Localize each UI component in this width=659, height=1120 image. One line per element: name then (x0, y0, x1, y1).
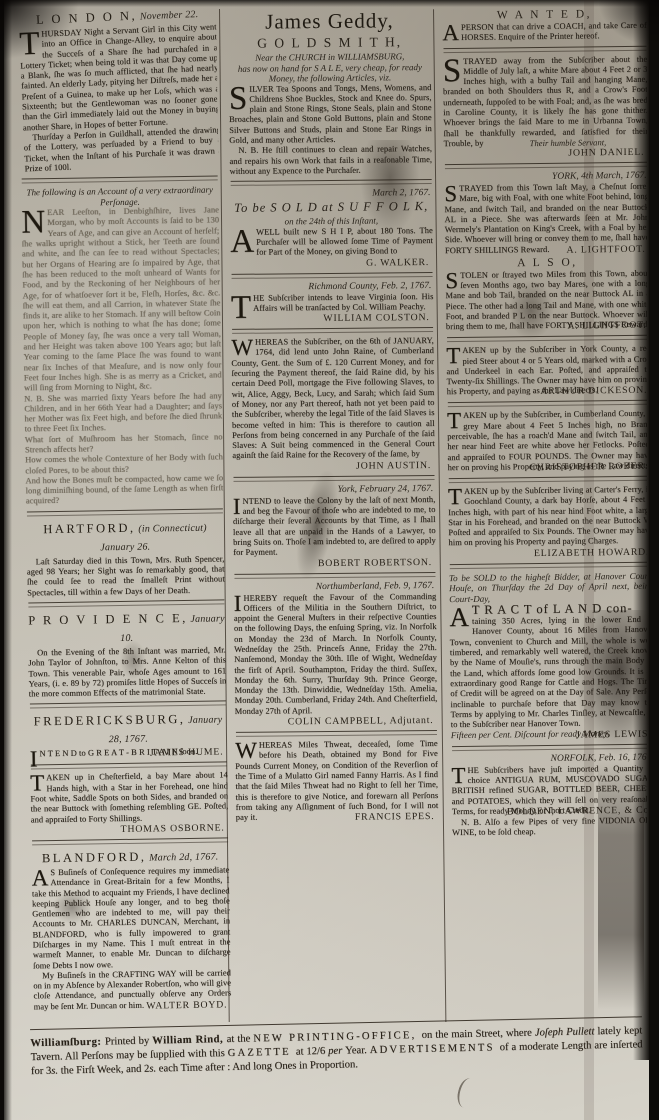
drop-cap: A (443, 23, 462, 42)
article: P R O V I D E N C E, January 10.On the E… (27, 608, 226, 700)
paragraph: I HEREBY requeſt the Favour of the Comma… (233, 591, 437, 717)
drop-cap: T (30, 774, 46, 793)
drop-cap: S (443, 57, 464, 84)
city-name: L O N D O N, (36, 9, 138, 27)
imprint-segment: per (328, 1046, 345, 1057)
imprint-segment: ADVERTISEMENTS (370, 1042, 500, 1056)
article-divider (452, 743, 647, 750)
drop-cap: A (230, 227, 256, 254)
paragraph: Thurſday a Perſon in Guildhall, attended… (23, 125, 222, 174)
imprint: Williamſburg: Printed by William Rind, a… (30, 1016, 643, 1079)
article-divider (236, 730, 437, 737)
article-divider (233, 475, 434, 482)
paragraph: On the Evening of the 8th Inſtant was ma… (28, 645, 227, 700)
article-divider (231, 272, 432, 279)
paragraph: Laſt Saturday died in this Town, Mrs. Ru… (27, 554, 225, 598)
article-divider (449, 476, 647, 483)
paragraph: AS Buſineſs of Conſequence requires my i… (32, 865, 231, 971)
dateline: Richmond County, Feb. 2, 1767. (230, 281, 431, 293)
drop-cap: T (447, 346, 463, 365)
city-name: HARTFORD, (43, 521, 135, 536)
columns-container: L O N D O N, November 22.THURSDAY Night … (18, 8, 647, 1022)
drop-cap: T (19, 30, 42, 58)
paragraph: N. B. He ſtill continues to clean and re… (229, 144, 432, 177)
article-divider (27, 508, 223, 516)
article: York, February 24, 1767.I NTEND to leave… (232, 484, 435, 570)
drop-cap: S (228, 84, 249, 111)
article-divider (28, 599, 224, 607)
article: March 2, 1767.To be S O L D at S U F F O… (229, 188, 432, 269)
article: W A N T E D,A PERSON that can drive a CO… (442, 8, 647, 44)
paragraph: TAKEN up in Cheſterfield, a bay Mare abo… (30, 771, 229, 826)
drop-cap: I (233, 593, 243, 612)
article-divider (22, 176, 218, 184)
article: WHEREAS the Subſcriber, on the 6th of JA… (231, 336, 435, 473)
article-divider (448, 400, 647, 407)
signature: JOHN AUSTIN. (232, 460, 435, 473)
article: STRAYED away from the Subſcriber about t… (443, 54, 647, 160)
dateline-heading: FREDERICKSBURG, January 28, 1767. (29, 710, 227, 749)
imprint-segment: Williamſburg: (30, 1037, 105, 1050)
newspaper-page: L O N D O N, November 22.THURSDAY Night … (4, 0, 649, 1120)
imprint-segment: the Firſt Week, and 2 (61, 1064, 150, 1077)
article: BLANDFORD, March 2d, 1767.AS Buſineſs of… (31, 846, 231, 1013)
article-divider (445, 162, 647, 169)
article-divider (30, 701, 226, 709)
article-divider (230, 179, 431, 186)
drop-cap: T (448, 487, 464, 506)
drop-cap: I (232, 497, 242, 516)
signature: COLIN CAMPBELL, Adjutant. (235, 715, 438, 728)
signature: WILLIAM COLSTON. (231, 312, 434, 325)
drop-cap: T (452, 766, 468, 785)
article: L O N D O N, November 22.THURSDAY Night … (18, 8, 222, 175)
imprint-segment: William Rind, (152, 1034, 227, 1047)
article-divider (234, 571, 435, 578)
article: TAKEN up by the Subſcriber in York Count… (447, 344, 647, 399)
paragraph: A WELL built new S H I P, about 180 Tons… (230, 226, 433, 259)
ad-subtitle: To be S O L D at S U F F O L K, (230, 199, 433, 216)
imprint-segment: Joſeph Pullett (535, 1026, 598, 1038)
signature: FRANCIS EPES. (235, 811, 438, 824)
column-2: James Geddy,G O L D S M I T H,Near the C… (219, 8, 440, 1022)
drop-cap: N (21, 208, 47, 235)
drop-cap: S (445, 184, 460, 203)
ad-title: James Geddy, (228, 8, 431, 35)
imprint-segment: NEW PRINTING-OFFICE, (253, 1030, 422, 1045)
imprint-segment: at the (227, 1033, 254, 1045)
dateline-heading: BLANDFORD, March 2d, 1767. (31, 846, 229, 867)
imprint-segment: GAZETTE (228, 1047, 296, 1059)
article: The following is an Account of a very ex… (21, 185, 224, 508)
article-divider (32, 837, 228, 845)
article: Northumberland, Feb. 9, 1767.I HEREBY re… (233, 580, 437, 728)
imprint-segment: s. (51, 1065, 61, 1076)
imprint-segment: each Time after : And long Ones in Propo… (159, 1059, 358, 1074)
paragraph: WHEREAS the Subſcriber, on the 6th of JA… (231, 336, 435, 462)
article-divider (447, 335, 647, 342)
dateline: March 2, 1767. (229, 188, 430, 200)
article: James Geddy,G O L D S M I T H,Near the C… (228, 8, 432, 177)
drop-cap: W (231, 338, 255, 357)
faded-paragraph: And how the Bones muſt be compacted, how… (25, 473, 223, 507)
ad-subtitle: G O L D S M I T H, (228, 34, 431, 52)
article-divider (444, 45, 647, 52)
article: WHEREAS Miles Thweat, deceaſed, ſome Tim… (235, 739, 438, 824)
article: TAKEN up in Cheſterfield, a bay Mare abo… (30, 771, 229, 837)
article: HARTFORD, (in Connecticut) January 26.La… (26, 517, 225, 598)
drop-cap: A (450, 604, 473, 629)
faded-paragraph: NEAR Leeſton, in Denbighſhire, lives Jan… (21, 206, 222, 394)
imprint-segment: Printed by (105, 1036, 153, 1048)
italic-line: To be SOLD to the higheſt Bidder, at Han… (449, 570, 647, 604)
article: NORFOLK, Feb. 16, 1767.THE Subſcribers h… (452, 752, 647, 838)
article: FREDERICKSBURG, January 28, 1767.I N T E… (29, 710, 227, 761)
dateline: York, February 24, 1767. (232, 484, 433, 496)
article: TAKEN up by the Subſcriber living at Car… (448, 485, 647, 560)
italic-line: has now on hand for S A L E, very cheap,… (228, 61, 431, 84)
paragraph: A PERSON that can drive a COACH, and tak… (443, 21, 647, 44)
imprint-segment: at 12/6 (296, 1046, 329, 1058)
drop-cap: A (32, 868, 51, 887)
drop-cap: T (447, 411, 463, 430)
drop-cap: T (230, 293, 253, 320)
imprint-segment: on the main Street, where (422, 1028, 535, 1041)
faded-paragraph: N. B. She was married ſixty Years before… (24, 391, 222, 435)
city-name: BLANDFORD, (42, 850, 147, 866)
paragraph: I NTEND to leave the Colony by the laſt … (232, 495, 435, 559)
paragraph: TAKEN up by the Subſcriber living at Car… (448, 485, 647, 549)
signature: BOBERT ROBERTSON. (233, 556, 436, 569)
date-text: March 2d, 1767. (146, 851, 218, 863)
column-1: L O N D O N, November 22.THURSDAY Night … (18, 8, 232, 1022)
paragraph: THURSDAY Night a Servant Girl in this Ci… (19, 22, 221, 133)
city-name: P R O V I D E N C E, (28, 611, 188, 628)
dateline-heading: HARTFORD, (in Connecticut) January 26. (26, 517, 224, 556)
drop-cap: I (30, 750, 40, 769)
article-divider (450, 561, 647, 568)
article-divider (232, 327, 433, 334)
column-3: W A N T E D,A PERSON that can drive a CO… (433, 8, 647, 1022)
dateline: Northumberland, Feb. 9, 1767. (233, 580, 434, 592)
paragraph: N. B. Alſo a few Pipes of very fine VIDO… (452, 815, 647, 838)
paragraph: STRAYED away from the Subſcriber about t… (443, 54, 647, 149)
article: To be SOLD to the higheſt Bidder, at Han… (449, 570, 647, 741)
city-name: FREDERICKSBURG, (34, 712, 186, 728)
paragraph: taining 350 Acres, lying in the lower En… (450, 615, 647, 731)
signature: G. WALKER. (230, 257, 433, 270)
imprint-segment: s. (149, 1063, 159, 1074)
date-text: November 22. (137, 9, 199, 23)
section-heading: A L S O, (445, 255, 647, 269)
dateline-heading: P R O V I D E N C E, January 10. (27, 608, 225, 647)
article: Richmond County, Feb. 2, 1767.THE Subſcr… (230, 281, 433, 326)
paragraph: THE Subſcriber intends to leave Virginia… (230, 292, 433, 315)
article: TAKEN up by the Subſcriber, in Cumberlan… (447, 409, 647, 474)
imprint-segment: Year. (345, 1045, 370, 1057)
drop-cap: S (446, 271, 461, 290)
article: YORK, 4th March, 1767.STRAYED from this … (444, 171, 647, 334)
drop-cap: W (235, 741, 259, 760)
article-divider (31, 762, 227, 770)
paragraph: SILVER Tea Spoons and Tongs, Mens, Women… (228, 82, 431, 146)
